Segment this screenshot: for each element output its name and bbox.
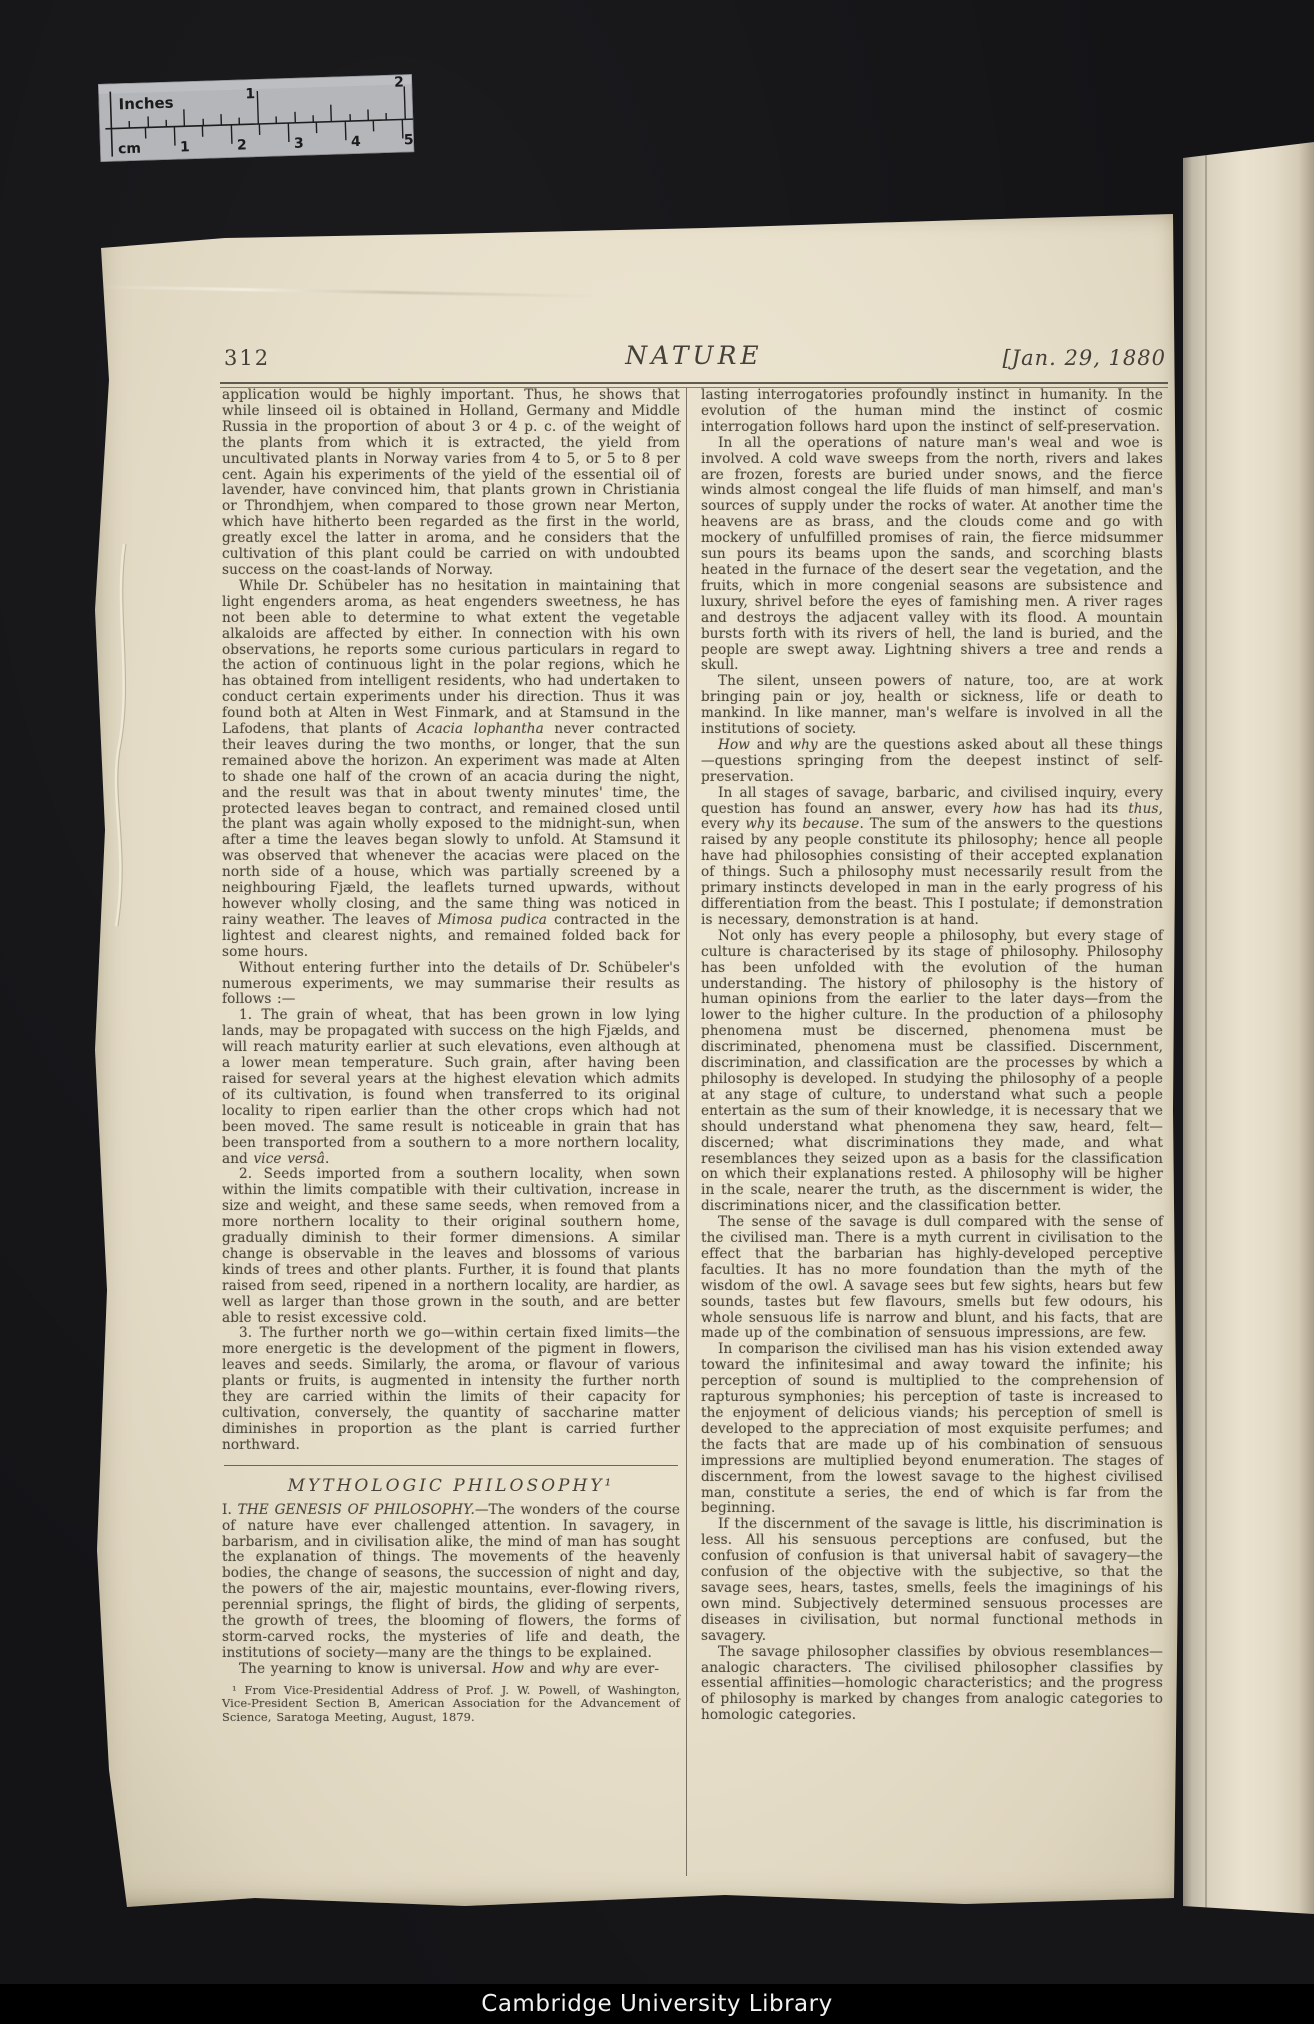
page-seam	[1205, 142, 1207, 1914]
article-heading: MYTHOLOGIC PHILOSOPHY¹	[222, 1476, 680, 1496]
ruler-cm-label: cm	[118, 141, 141, 158]
paragraph: 1. The grain of wheat, that has been gro…	[222, 1008, 680, 1167]
ruler-cm-3: 3	[294, 136, 304, 152]
paragraph: The silent, unseen powers of nature, too…	[701, 674, 1163, 738]
paragraph: The sense of the savage is dull compared…	[701, 1215, 1163, 1342]
paragraph: 2. Seeds imported from a southern locali…	[222, 1167, 680, 1326]
left-column: application would be highly important. T…	[222, 388, 680, 1724]
page-scan: 312 NATURE [Jan. 29, 1880 application wo…	[85, 210, 1180, 1910]
ruler-inch-2: 2	[394, 74, 404, 90]
ruler-inch-1: 1	[245, 86, 255, 102]
paragraph: I. THE GENESIS OF PHILOSOPHY.—The wonder…	[222, 1503, 680, 1662]
journal-title: NATURE	[625, 341, 762, 370]
ruler-graphic: Inches 1 2 cm 1 2 3 4 5	[98, 74, 414, 162]
issue-date: [Jan. 29, 1880	[1002, 346, 1166, 370]
paragraph: Without entering further into the detail…	[222, 961, 680, 1009]
paper-crease	[95, 285, 595, 298]
paragraph: lasting interrogatories profoundly insti…	[701, 388, 1163, 436]
paragraph: How and why are the questions asked abou…	[701, 738, 1163, 786]
paragraph: Not only has every people a philosophy, …	[701, 929, 1163, 1215]
ruler-cm-5: 5	[404, 132, 414, 148]
column-divider	[686, 388, 687, 1876]
ruler-cm-2: 2	[237, 137, 247, 153]
measurement-ruler: Inches 1 2 cm 1 2 3 4 5	[98, 74, 414, 162]
adjacent-page-edge	[1183, 142, 1314, 1914]
paragraph: In all stages of savage, barbaric, and c…	[701, 786, 1163, 929]
paragraph: If the discernment of the savage is litt…	[701, 1517, 1163, 1644]
ruler-inches-label: Inches	[118, 94, 174, 114]
right-column: lasting interrogatories profoundly insti…	[701, 388, 1163, 1724]
paragraph: While Dr. Schübeler has no hesitation in…	[222, 579, 680, 961]
footnote: ¹ From Vice-Presidential Address of Prof…	[222, 1684, 680, 1724]
thread-artifact	[104, 540, 144, 930]
ruler-cm-4: 4	[351, 134, 361, 150]
paragraph: In comparison the civilised man has his …	[701, 1342, 1163, 1517]
page-number: 312	[224, 346, 270, 370]
paragraph: 3. The further north we go—within certai…	[222, 1326, 680, 1453]
page-header: 312 NATURE [Jan. 29, 1880	[222, 334, 1166, 372]
footer-label: Cambridge University Library	[481, 1991, 832, 2017]
footer-bar: Cambridge University Library	[0, 1984, 1314, 2024]
paragraph: In all the operations of nature man's we…	[701, 436, 1163, 675]
paragraph: application would be highly important. T…	[222, 388, 680, 579]
section-divider	[224, 1465, 678, 1466]
paragraph: The savage philosopher classifies by obv…	[701, 1645, 1163, 1725]
paragraph: The yearning to know is universal. How a…	[222, 1662, 680, 1678]
ruler-cm-1: 1	[180, 139, 190, 155]
